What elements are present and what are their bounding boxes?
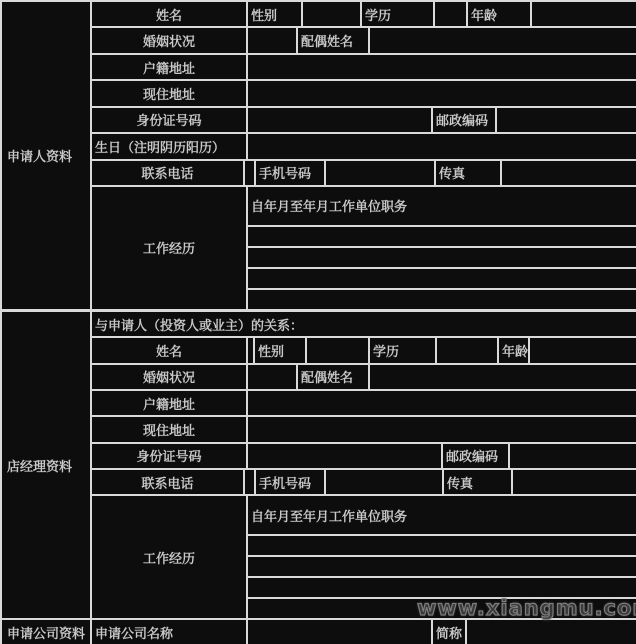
field-label-name: 姓名	[92, 2, 246, 26]
row-name: 姓名 性别 学历 年龄	[92, 2, 636, 26]
row-marital: 婚姻状况 配偶姓名	[92, 365, 636, 389]
field-label-id-number: 身份证号码	[92, 444, 246, 468]
row-current-address: 现住地址	[92, 81, 636, 105]
field-label-registered-address: 户籍地址	[92, 55, 246, 79]
field-label-marital-status: 婚姻状况	[92, 28, 246, 52]
row-id-number: 身份证号码 邮政编码	[92, 444, 636, 468]
field-label-postal-code: 邮政编码	[443, 444, 508, 468]
work-history-header: 自年月至年月工作单位职务	[248, 496, 636, 534]
field-label-age: 年龄	[468, 2, 530, 26]
work-history-header: 自年月至年月工作单位职务	[248, 187, 636, 225]
field-value-current-address	[248, 417, 636, 441]
field-label-gender: 性别	[255, 338, 305, 362]
field-spacer-cell	[245, 470, 254, 494]
field-value-gender	[303, 2, 360, 26]
row-registered-address: 户籍地址	[92, 391, 636, 415]
row-id-number: 身份证号码 邮政编码	[92, 108, 636, 132]
work-history-line	[248, 290, 636, 309]
field-label-birthday: 生日（注明阴历阳历）	[92, 134, 246, 158]
work-history-line	[248, 269, 636, 288]
field-label-registered-address: 户籍地址	[92, 391, 246, 415]
field-label-marital-status: 婚姻状况	[92, 365, 246, 389]
field-value-spouse-name	[370, 28, 636, 52]
category-label-applicant: 申请人资料	[2, 2, 90, 309]
field-label-id-number: 身份证号码	[92, 108, 246, 132]
row-registered-address: 户籍地址	[92, 55, 636, 79]
field-value-current-address	[248, 81, 636, 105]
field-value-registered-address	[248, 55, 636, 79]
field-value-marital-status	[248, 365, 296, 389]
section-company: 申请公司资料 申请公司名称 简称	[2, 620, 636, 644]
field-spacer-cell	[245, 161, 254, 185]
field-label-current-address: 现住地址	[92, 417, 246, 441]
field-value-education	[437, 338, 497, 362]
work-history-line	[248, 557, 636, 576]
field-label-abbreviation: 简称	[433, 620, 465, 644]
field-label-education: 学历	[370, 338, 435, 362]
field-label-spouse-name: 配偶姓名	[298, 28, 368, 52]
section-applicant: 申请人资料 姓名 性别 学历 年龄 婚姻状况 配偶姓名 户籍地址	[2, 2, 636, 309]
row-contact-phone: 联系电话 手机号码 传真	[92, 161, 636, 185]
field-value-fax	[513, 470, 636, 494]
field-value-fax	[502, 161, 636, 185]
field-label-mobile: 手机号码	[256, 470, 324, 494]
category-label-company: 申请公司资料	[2, 620, 90, 644]
field-value-age	[532, 2, 636, 26]
work-history-line	[248, 248, 636, 267]
field-spacer-cell	[248, 338, 253, 362]
row-name: 姓名 性别 学历 年龄	[92, 338, 636, 362]
field-label-work-experience: 工作经历	[92, 187, 246, 309]
field-value-spouse-name	[370, 365, 636, 389]
field-value-id-number	[248, 444, 441, 468]
field-label-current-address: 现住地址	[92, 81, 246, 105]
field-value-gender	[307, 338, 368, 362]
category-label-store-manager: 店经理资料	[2, 312, 90, 618]
field-label-education: 学历	[362, 2, 433, 26]
field-value-company-name	[248, 620, 431, 644]
field-label-gender: 性别	[248, 2, 301, 26]
site-watermark: www.xiangmu.com	[417, 596, 636, 620]
field-label-age: 年龄	[499, 338, 528, 362]
field-label-mobile: 手机号码	[256, 161, 324, 185]
field-value-age	[530, 338, 636, 362]
row-marital: 婚姻状况 配偶姓名	[92, 28, 636, 52]
field-label-spouse-name: 配偶姓名	[298, 365, 368, 389]
field-value-postal-code	[497, 108, 636, 132]
field-label-name: 姓名	[92, 338, 246, 362]
field-value-postal-code	[510, 444, 636, 468]
field-label-postal-code: 邮政编码	[433, 108, 495, 132]
field-label-relationship: 与申请人（投资人或业主）的关系：	[92, 312, 636, 336]
application-form-table: 申请人资料 姓名 性别 学历 年龄 婚姻状况 配偶姓名 户籍地址	[0, 0, 636, 644]
field-value-marital-status	[248, 28, 296, 52]
field-label-fax: 传真	[444, 470, 511, 494]
row-work-experience: 工作经历 自年月至年月工作单位职务	[92, 187, 636, 309]
field-label-company-name: 申请公司名称	[92, 620, 246, 644]
row-contact-phone: 联系电话 手机号码 传真	[92, 470, 636, 494]
field-value-registered-address	[248, 391, 636, 415]
row-birthday: 生日（注明阴历阳历）	[92, 134, 636, 158]
row-relationship: 与申请人（投资人或业主）的关系：	[92, 312, 636, 336]
field-value-mobile	[326, 470, 442, 494]
section-store-manager: 店经理资料 与申请人（投资人或业主）的关系： 姓名 性别 学历 年龄 婚姻状况	[2, 312, 636, 618]
row-company-name: 申请公司名称 简称	[92, 620, 636, 644]
work-history-line	[248, 578, 636, 597]
field-value-id-number	[248, 108, 431, 132]
row-current-address: 现住地址	[92, 417, 636, 441]
field-label-contact-phone: 联系电话	[92, 470, 243, 494]
work-history-line	[248, 227, 636, 246]
field-value-education	[435, 2, 466, 26]
field-label-contact-phone: 联系电话	[92, 161, 243, 185]
field-label-work-experience: 工作经历	[92, 496, 246, 618]
field-value-abbreviation	[467, 620, 636, 644]
work-history-line	[248, 536, 636, 555]
field-value-birthday	[248, 134, 636, 158]
field-label-fax: 传真	[436, 161, 500, 185]
field-value-mobile	[326, 161, 434, 185]
